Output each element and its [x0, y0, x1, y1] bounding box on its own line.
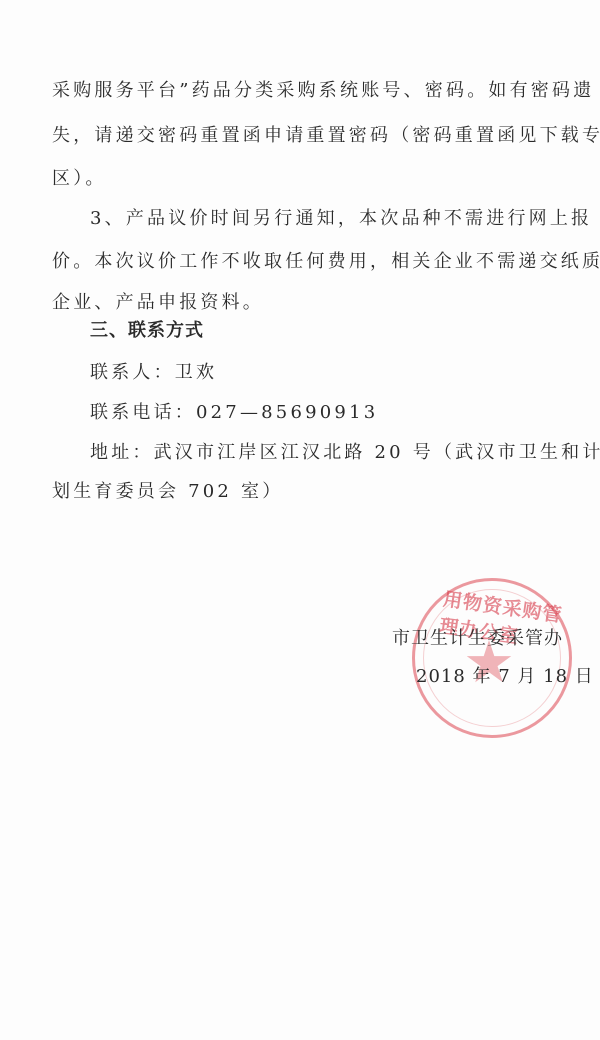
signature-organization: 市卫生计生委采管办	[392, 624, 563, 650]
address-line: 划生育委员会 702 室）	[52, 477, 283, 503]
address-line: 地址：武汉市江岸区江汉北路 20 号（武汉市卫生和计	[90, 438, 600, 464]
paragraph-line: 失，请递交密码重置函申请重置密码（密码重置函见下载专	[52, 121, 600, 147]
official-stamp: 用物资采购管理办公室 ★	[412, 578, 572, 738]
contact-person: 联系人：卫欢	[90, 358, 217, 384]
section-heading: 三、联系方式	[90, 316, 204, 342]
paragraph-line: 企业、产品申报资料。	[52, 288, 264, 314]
paragraph-line: 价。本次议价工作不收取任何费用，相关企业不需递交纸质	[52, 247, 600, 273]
signature-date: 2018 年 7 月 18 日	[416, 662, 594, 688]
paragraph-line: 区）。	[52, 164, 107, 190]
paragraph-line: 3、产品议价时间另行通知，本次品种不需进行网上报	[90, 204, 592, 230]
contact-phone: 联系电话：027—85690913	[90, 398, 378, 424]
paragraph-line: 采购服务平台”药品分类采购系统账号、密码。如有密码遗	[52, 76, 594, 102]
